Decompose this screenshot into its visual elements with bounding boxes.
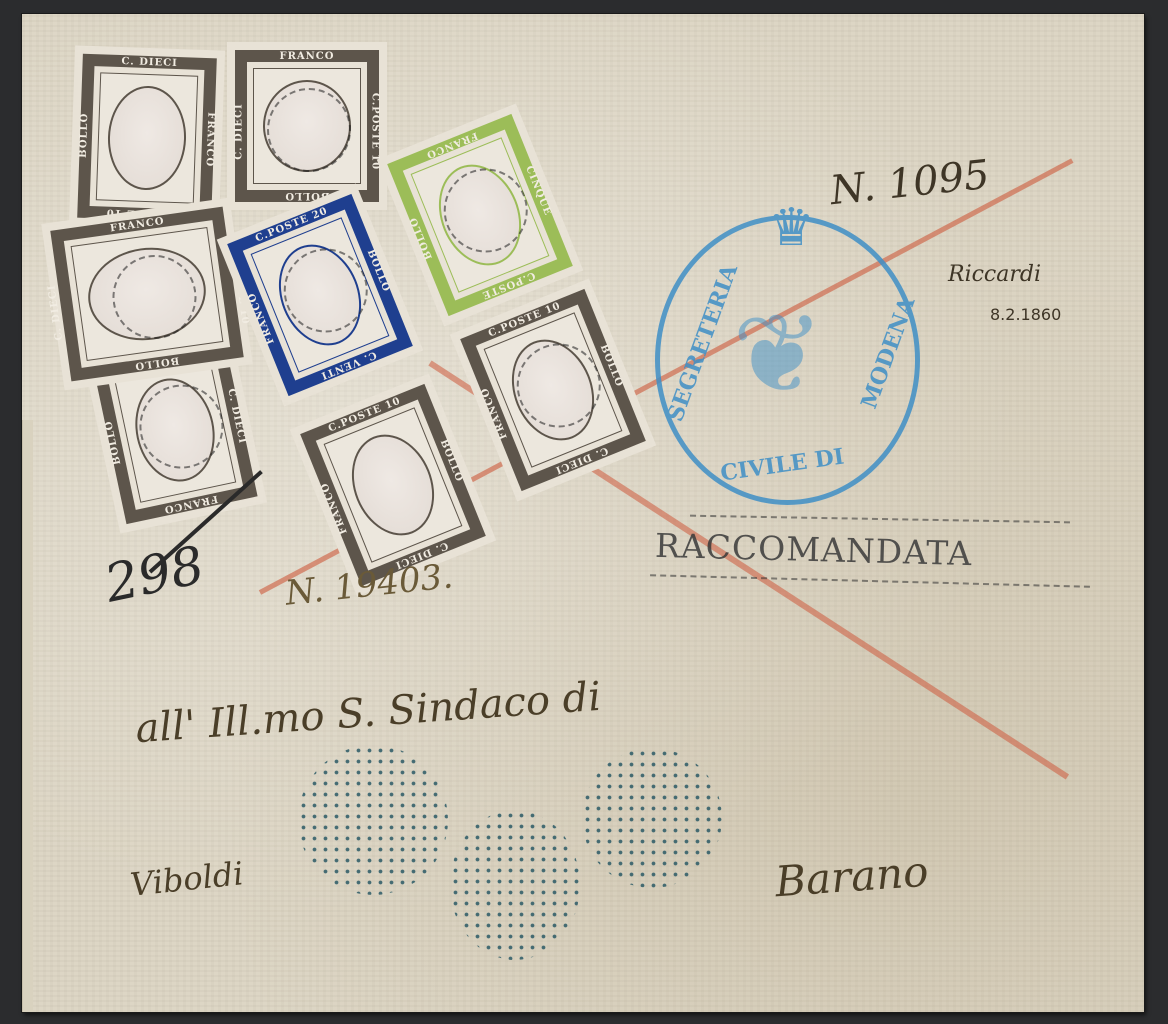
stamp-10c-brown: FRANCO BOLLO C. DIECI C.POSTE 10 [41, 198, 253, 391]
modena-civil-seal: ♛ ❦ SEGRETERIA CIVILE DI MODENA [655, 215, 920, 505]
grid-cancel [298, 745, 448, 895]
eagle-icon: ❦ [732, 290, 824, 418]
grid-cancel [450, 810, 580, 960]
signature-date: 8.2.1860 [990, 305, 1061, 324]
collector-signature: Riccardi [948, 262, 1041, 287]
cover-fold-edge [22, 420, 33, 1012]
circular-postmark [267, 88, 351, 172]
crown-icon: ♛ [768, 198, 815, 258]
raccomandata-handstamp: RACCOMANDATA [655, 526, 973, 573]
stamp-10c-brown: FRANCO BOLLO C. DIECI C.POSTE 10 [227, 42, 387, 210]
grid-cancel [582, 748, 722, 888]
